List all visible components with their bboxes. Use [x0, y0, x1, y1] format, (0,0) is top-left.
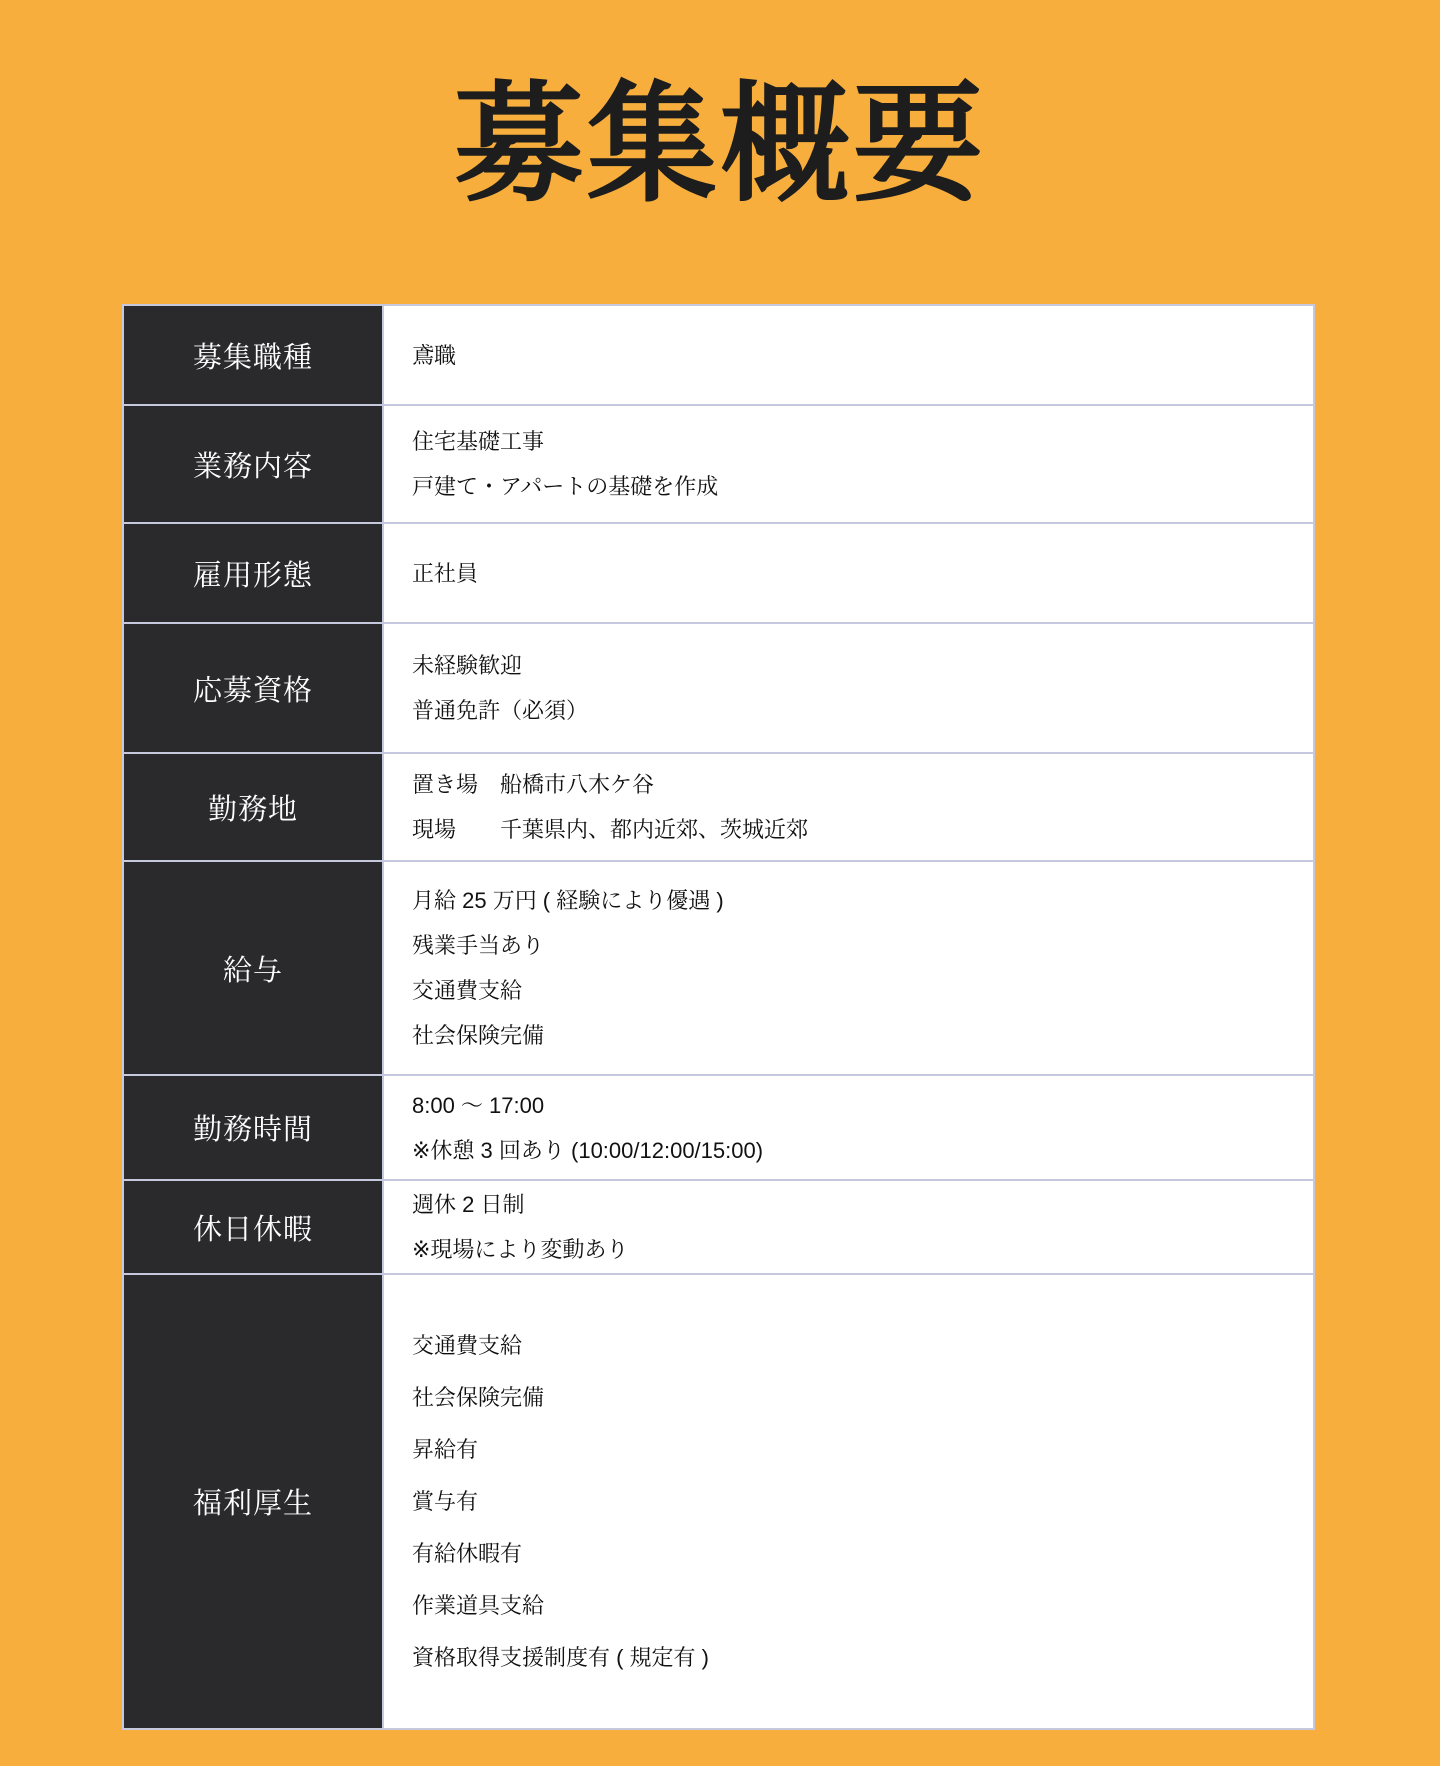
content-line: 置き場 船橋市八木ケ谷 [412, 762, 1293, 807]
row-content: 交通費支給 社会保険完備 昇給有 賞与有 有給休暇有 作業道具支給 資格取得支援… [384, 1275, 1313, 1728]
table-row-job-description: 業務内容 住宅基礎工事 戸建て・アパートの基礎を作成 [124, 406, 1313, 524]
row-content: 正社員 [384, 524, 1313, 622]
table-row-employment-type: 雇用形態 正社員 [124, 524, 1313, 624]
row-label-text: 福利厚生 [193, 1481, 313, 1522]
table-row-salary: 給与 月給 25 万円 ( 経験により優遇 ) 残業手当あり 交通費支給 社会保… [124, 862, 1313, 1076]
row-label-text: 応募資格 [193, 668, 313, 709]
row-content: 住宅基礎工事 戸建て・アパートの基礎を作成 [384, 406, 1313, 522]
content-line: 普通免許（必須） [412, 688, 1293, 733]
row-label-text: 勤務地 [208, 787, 298, 828]
row-label-text: 勤務時間 [193, 1107, 313, 1148]
content-line: 交通費支給 [412, 968, 1293, 1013]
table-row-work-location: 勤務地 置き場 船橋市八木ケ谷 現場 千葉県内、都内近郊、茨城近郊 [124, 754, 1313, 862]
row-content: 鳶職 [384, 306, 1313, 404]
content-line: 週休 2 日制 [412, 1182, 1293, 1227]
content-line: 賞与有 [412, 1476, 1293, 1528]
content-line: 資格取得支援制度有 ( 規定有 ) [412, 1632, 1293, 1684]
content-line: ※休憩 3 回あり (10:00/12:00/15:00) [412, 1128, 1293, 1173]
content-line: 正社員 [412, 551, 1293, 596]
row-label: 勤務時間 [124, 1076, 384, 1179]
content-line: 昇給有 [412, 1424, 1293, 1476]
content-line: 作業道具支給 [412, 1580, 1293, 1632]
row-content: 月給 25 万円 ( 経験により優遇 ) 残業手当あり 交通費支給 社会保険完備 [384, 862, 1313, 1074]
recruitment-summary-table: 募集職種 鳶職 業務内容 住宅基礎工事 戸建て・アパートの基礎を作成 雇用形態 … [122, 304, 1315, 1730]
row-label: 雇用形態 [124, 524, 384, 622]
row-label: 休日休暇 [124, 1181, 384, 1273]
content-line: 戸建て・アパートの基礎を作成 [412, 464, 1293, 509]
row-content: 未経験歓迎 普通免許（必須） [384, 624, 1313, 752]
content-line: 有給休暇有 [412, 1528, 1293, 1580]
row-label: 勤務地 [124, 754, 384, 860]
row-label-text: 給与 [223, 948, 283, 989]
content-line: 8:00 ～ 17:00 [412, 1083, 1293, 1128]
row-label-text: 業務内容 [193, 444, 313, 485]
row-label: 応募資格 [124, 624, 384, 752]
content-line: 鳶職 [412, 333, 1293, 378]
content-line: 残業手当あり [412, 923, 1293, 968]
content-line: ※現場により変動あり [412, 1227, 1293, 1272]
row-label: 給与 [124, 862, 384, 1074]
row-label: 福利厚生 [124, 1275, 384, 1728]
content-line: 月給 25 万円 ( 経験により優遇 ) [412, 878, 1293, 923]
content-line: 社会保険完備 [412, 1372, 1293, 1424]
table-row-job-type: 募集職種 鳶職 [124, 306, 1313, 406]
row-label-text: 雇用形態 [193, 553, 313, 594]
table-row-holidays: 休日休暇 週休 2 日制 ※現場により変動あり [124, 1181, 1313, 1275]
content-line: 現場 千葉県内、都内近郊、茨城近郊 [412, 807, 1293, 852]
row-content: 置き場 船橋市八木ケ谷 現場 千葉県内、都内近郊、茨城近郊 [384, 754, 1313, 860]
table-row-qualifications: 応募資格 未経験歓迎 普通免許（必須） [124, 624, 1313, 754]
content-line: 社会保険完備 [412, 1013, 1293, 1058]
row-label: 募集職種 [124, 306, 384, 404]
row-label: 業務内容 [124, 406, 384, 522]
page-title: 募集概要 [0, 60, 1440, 229]
row-label-text: 募集職種 [193, 335, 313, 376]
row-content: 8:00 ～ 17:00 ※休憩 3 回あり (10:00/12:00/15:0… [384, 1076, 1313, 1179]
table-row-benefits: 福利厚生 交通費支給 社会保険完備 昇給有 賞与有 有給休暇有 作業道具支給 資… [124, 1275, 1313, 1728]
content-line: 未経験歓迎 [412, 643, 1293, 688]
row-label-text: 休日休暇 [193, 1207, 313, 1248]
content-line: 住宅基礎工事 [412, 419, 1293, 464]
table-row-working-hours: 勤務時間 8:00 ～ 17:00 ※休憩 3 回あり (10:00/12:00… [124, 1076, 1313, 1181]
content-line: 交通費支給 [412, 1320, 1293, 1372]
row-content: 週休 2 日制 ※現場により変動あり [384, 1181, 1313, 1273]
job-posting-page: { "page": { "title": "募集概要", "background… [0, 0, 1440, 1766]
